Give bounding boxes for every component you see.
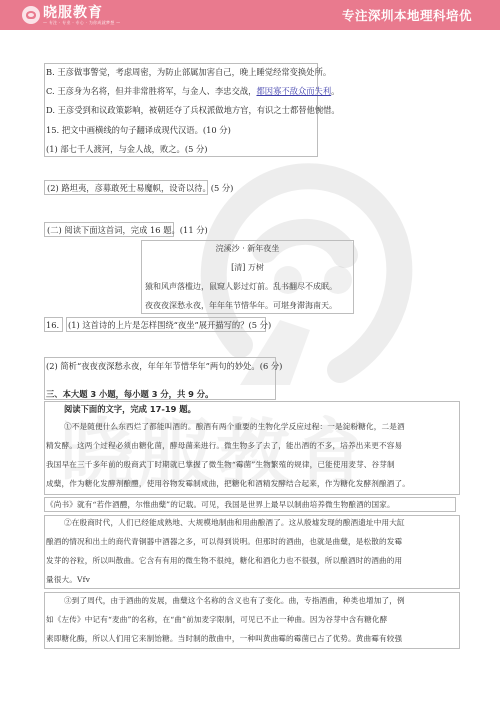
passage-p2-line-2: 酿酒的情况和出土的商代青铜器中酒器之多，可以得到说明。但那时的酒曲，也就是曲糵，… [46, 538, 402, 546]
passage-p1-line-2: 精发酵。这两个过程必须由糖化菌，酵母菌来进行。微生物多了去了，能出酒的不多，培养… [46, 442, 402, 450]
question-15-part-1: (1) 部七千人渡河，与金人战，败之。(5 分) [46, 145, 208, 153]
passage-p1-line-3: 我国早在三千多年前的殷商武丁时期就已掌握了微生物“霉菌”生物繁殖的规律，已能使用… [46, 461, 395, 469]
mascot-icon [22, 6, 40, 24]
option-c-text: C. 王彦身为名将，但并非常胜将军，与金人、李忠交战， [46, 86, 256, 96]
passage-p3-line-2: 如《左传》中记有“麦曲”的名称，在“曲”前加麦字限制，可见已不止一种曲。因为谷芽… [46, 616, 387, 624]
passage-p2-line-1: ②在殷商时代，人们已经能成熟地、大规模地制曲和用曲酿酒了。这从殷墟发现的酿酒遗址… [64, 519, 405, 527]
question-16-part-1: (1) 这首诗的上片是怎样围绕“夜坐”展开描写的？(5 分) [68, 321, 271, 329]
question-15-part-2: (2) 路坦夷，彦募敢死士易魔帜，设奇以待。(5 分) [47, 184, 233, 192]
passage-p2-line-3: 发芽的谷粒，所以叫散曲。它含有有用的微生物不很纯，糖化和酒化力也不很强，所以酿酒… [46, 557, 402, 565]
passage-p3-line-1: ③到了周代，由于酒曲的发展，曲糵这个名称的含义也有了变化。曲，专指酒曲，种类也增… [64, 597, 405, 605]
option-c-underlined-link[interactable]: 都因寡不敌众而失利 [256, 86, 331, 96]
poem-author: [清] 万树 [141, 264, 354, 272]
section-three-heading: 三、本大题 3 小题，每小题 3 分，共 9 分。 [46, 390, 213, 398]
logo-title: 晓服教育 [43, 6, 103, 20]
passage-p2-line-4: 量很大。Vfv [46, 576, 90, 584]
option-c-suffix: 。 [331, 86, 339, 96]
passage-p1-line-1: ①不是随便什么东西烂了都能叫酒的。酿酒有两个重要的生物化学反应过程：一是淀粉糖化… [64, 423, 405, 431]
poem-line-2: 夜夜夜深愁永夜，年年年节惜华年。可堪身滞海南天。 [145, 302, 337, 310]
question-16-number: 16. [46, 321, 59, 329]
question-16-part-2: (2) 简析“夜夜夜深愁永夜，年年年节惜华年”两句的妙处。(6 分) [46, 362, 282, 370]
option-d: D. 王彦受到和议政策影响，被朝廷夺了兵权派做地方官，有识之士都替他惋惜。 [46, 106, 340, 114]
brand-logo[interactable]: 晓服教育 — 专注 · 专业 · 专心 · 为你成就梦想 — [22, 6, 121, 25]
poem-title: 浣溪沙 · 新年夜坐 [141, 245, 354, 253]
poem-line-1: 猿和风声落槛边，鼠窥人影过灯前。乱书翻尽不成眠。 [145, 283, 337, 291]
passage-p3-line-3: 素即糖化酶，所以人们用它来制饴糖。当时制的散曲中，一种叫黄曲霉的霉菌已占了优势。… [46, 635, 402, 643]
option-b: B. 王彦做事警觉，考虑周密，为防止部属加害自己，晚上睡觉经常变换处所。 [46, 68, 331, 76]
question-15: 15. 把文中画横线的句子翻译成现代汉语。(10 分) [46, 126, 231, 134]
header-tagline: 专注深圳本地理科培优 [342, 6, 472, 24]
site-header: 晓服教育 — 专注 · 专业 · 专心 · 为你成就梦想 — 专注深圳本地理科培… [0, 0, 500, 30]
passage-instruction: 阅读下面的文字，完成 17-19 题。 [64, 405, 196, 413]
section-two-heading: (二) 阅读下面这首词，完成 16 题。(11 分) [47, 226, 208, 234]
option-c: C. 王彦身为名将，但并非常胜将军，与金人、李忠交战，都因寡不敌众而失利。 [46, 87, 339, 95]
passage-p1-line-4: 成糵，作为糖化发酵剂酿醴，使用谷物发霉制成曲，把糖化和酒精发酵结合起来，作为糖化… [46, 480, 410, 488]
logo-subtitle: — 专注 · 专业 · 专心 · 为你成就梦想 — [43, 21, 121, 25]
passage-p1-tail: 《尚书》就有“若作酒醴，尔惟曲糵”的记载。可见，我国是世界上最早以制曲培养微生物… [46, 501, 395, 509]
